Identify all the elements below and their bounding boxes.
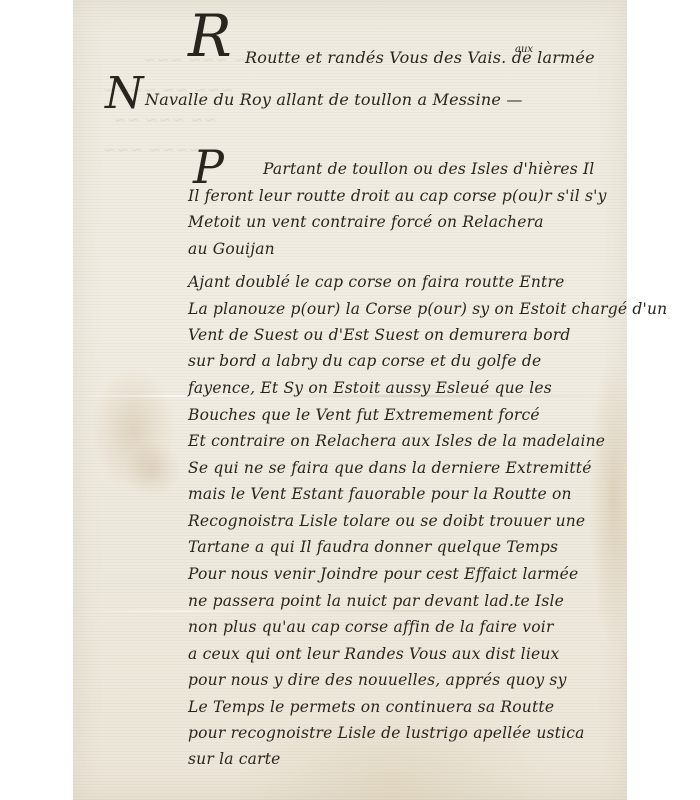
- manuscript-line: sur la carte: [188, 750, 281, 768]
- manuscript-line: Pour nous venir Joindre pour cest Effaic…: [188, 565, 578, 583]
- manuscript-line: Il feront leur routte droit au cap corse…: [188, 187, 607, 205]
- manuscript-line: Bouches que le Vent fut Extremement forc…: [188, 406, 540, 424]
- manuscript-line: Metoit un vent contraire forcé on Relach…: [188, 213, 544, 231]
- manuscript-line: Le Temps le permets on continuera sa Rou…: [188, 698, 554, 716]
- manuscript-page: ∼∼ ∼∼∼ ∼∼∼ ∼∼∼ ∼∼ ∼∼∼∼ ∼∼ ∼∼∼ ∼∼ ∼∼∼∼ ∼∼…: [73, 0, 627, 800]
- manuscript-line: Et contraire on Relachera aux Isles de l…: [188, 432, 605, 450]
- title-line-1: Routte et randés Vous des Vais. de larmé…: [245, 48, 595, 67]
- manuscript-line: Recognoistra Lisle tolare ou se doibt tr…: [188, 512, 585, 530]
- manuscript-line: Ajant doublé le cap corse on faira routt…: [188, 273, 564, 291]
- manuscript-line: La planouze p(our) la Corse p(our) sy on…: [188, 300, 667, 318]
- manuscript-line: au Gouijan: [188, 240, 275, 258]
- manuscript-line: Vent de Suest ou d'Est Suest on demurera…: [188, 326, 570, 344]
- title-initial-flourish: R: [188, 2, 232, 70]
- manuscript-line: mais le Vent Estant fauorable pour la Ro…: [188, 485, 572, 503]
- manuscript-line: Tartane a qui Il faudra donner quelque T…: [188, 538, 558, 556]
- second-line-initial-flourish: N: [105, 68, 144, 119]
- manuscript-line: fayence, Et Sy on Estoit aussy Esleué qu…: [188, 379, 552, 397]
- manuscript-line: non plus qu'au cap corse affin de la fai…: [188, 618, 554, 636]
- manuscript-line: Se qui ne se faira que dans la derniere …: [188, 459, 592, 477]
- title-superscript: aux: [515, 44, 533, 55]
- manuscript-line: sur bord a labry du cap corse et du golf…: [188, 352, 541, 370]
- body-initial-flourish: P: [193, 140, 224, 194]
- manuscript-line: Partant de toullon ou des Isles d'hières…: [263, 160, 594, 178]
- manuscript-text: R N Routte et randés Vous des Vais. de l…: [73, 0, 627, 800]
- manuscript-line: pour nous y dire des nouuelles, apprés q…: [188, 671, 567, 689]
- manuscript-line: pour recognoistre Lisle de lustrigo apel…: [188, 724, 585, 742]
- manuscript-line: a ceux qui ont leur Randes Vous aux dist…: [188, 645, 559, 663]
- title-line-2: Navalle du Roy allant de toullon a Messi…: [145, 90, 523, 109]
- manuscript-line: ne passera point la nuict par devant lad…: [188, 592, 564, 610]
